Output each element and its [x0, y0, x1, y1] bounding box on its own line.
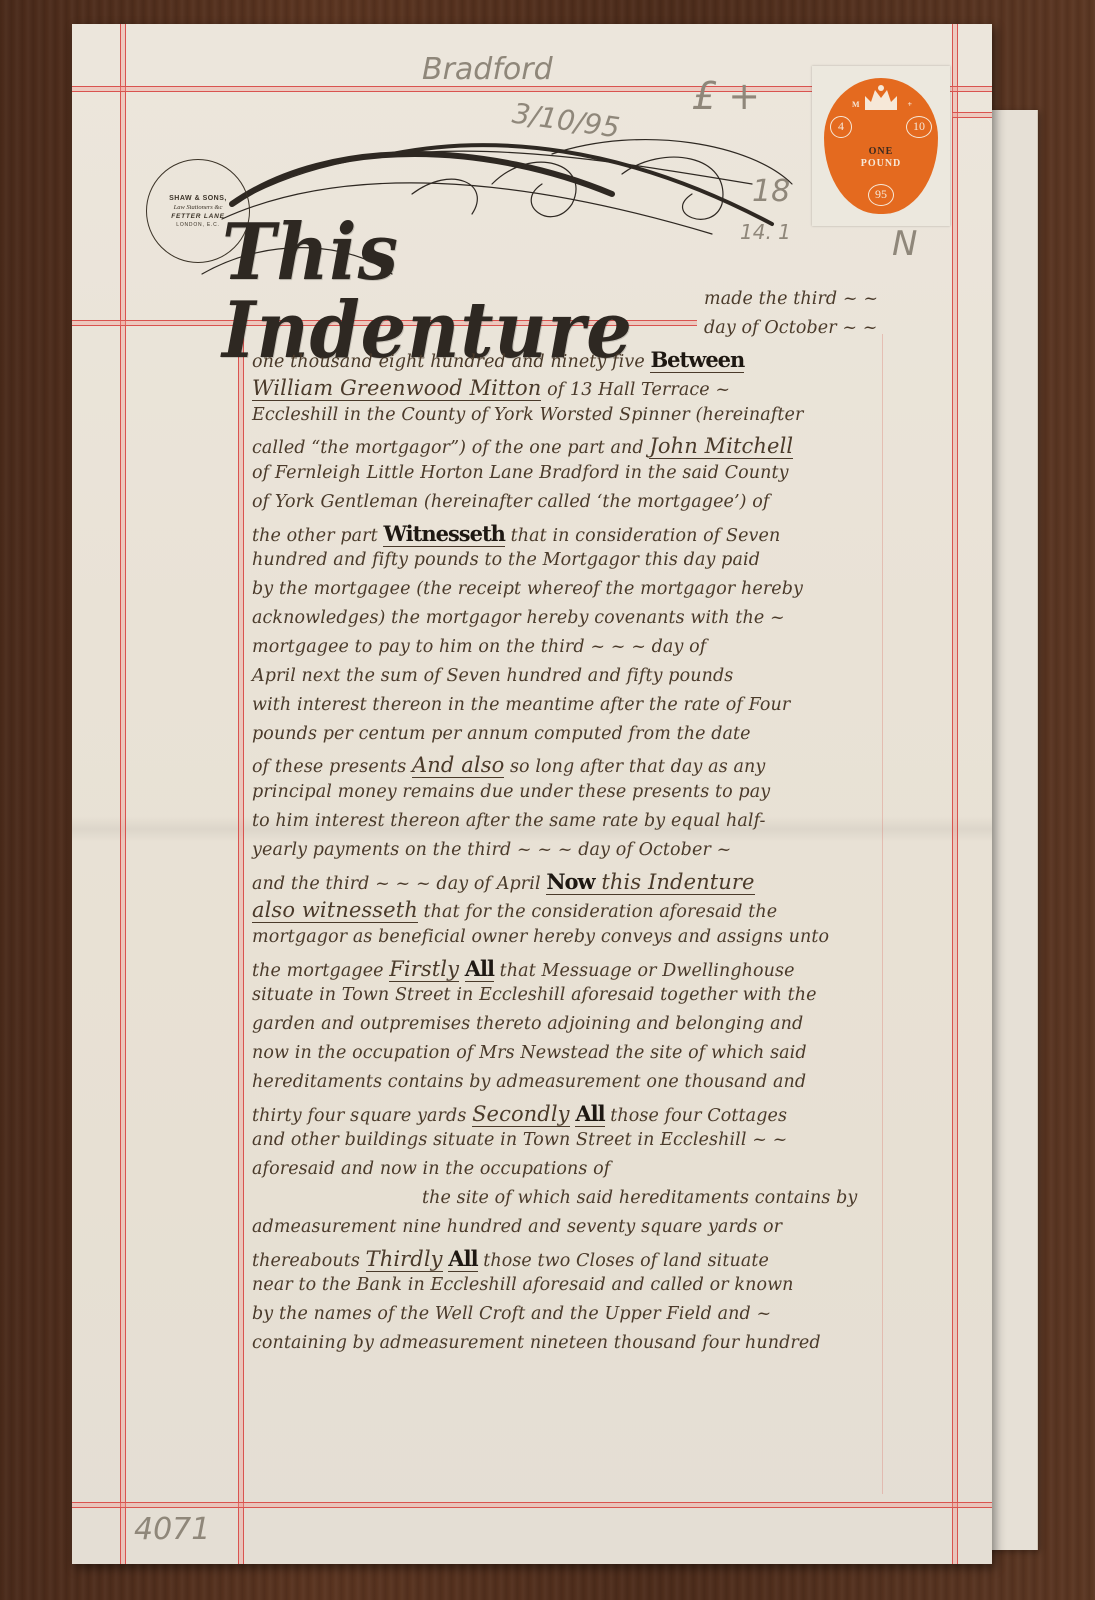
body-line-30: and other buildings situate in Town Stre… [252, 1130, 964, 1150]
revenue-stamp-paper: M + 4 10 ONE POUND 95 [812, 66, 950, 226]
body-line-23: mortgagor as beneficial owner hereby con… [252, 927, 964, 947]
line-text: of these presents [252, 757, 412, 777]
body-line-19: to him interest thereon after the same r… [252, 811, 964, 831]
pencil-note-margin-3: N [892, 224, 917, 264]
line-text: thirty four square yards [252, 1106, 472, 1126]
mortgagee-name: John Mitchell [649, 434, 793, 459]
body-line-24: the mortgagee Firstly All that Messuage … [252, 956, 964, 981]
pencil-note-bottom-number: 4071 [134, 1512, 210, 1547]
pencil-note-place: Bradford [422, 52, 553, 87]
keyword-witnesseth: Witnesseth [383, 521, 505, 547]
body-line-22: also witnesseth that for the considerati… [252, 898, 964, 922]
pencil-note-amount: £ + [692, 74, 760, 118]
bottom-rule [72, 1502, 992, 1508]
body-line-9: the other part Witnesseth that in consid… [252, 521, 964, 546]
body-line-33: admeasurement nine hundred and seventy s… [252, 1217, 964, 1237]
stationer-street: FETTER LANE [171, 213, 225, 220]
body-line-16: pounds per centum per annum computed fro… [252, 724, 964, 744]
line-text: that for the consideration aforesaid the [418, 902, 777, 922]
body-line-13: mortgagee to pay to him on the third ~ ~… [252, 637, 964, 657]
pencil-note-margin-1: 18 [752, 174, 790, 209]
body-line-34: thereabouts Thirdly All those two Closes… [252, 1246, 964, 1271]
body-line-12: acknowledges) the mortgagor hereby coven… [252, 608, 964, 628]
body-line-28: hereditaments contains by admeasurement … [252, 1072, 964, 1092]
indenture-page: SHAW & SONS, Law Stationers &c FETTER LA… [72, 24, 992, 1564]
keyword-and-also: And also [412, 753, 504, 778]
line-text: thereabouts [252, 1251, 366, 1271]
keyword-secondly: Secondly [472, 1102, 570, 1127]
stamp-mark-left: M [852, 100, 860, 109]
body-line-4: William Greenwood Mitton of 13 Hall Terr… [252, 376, 964, 400]
body-line-11: by the mortgagee (the receipt whereof th… [252, 579, 964, 599]
line-text: the other part [252, 526, 383, 546]
body-line-21: and the third ~ ~ ~ day of April Now thi… [252, 869, 964, 894]
body-line-2: day of October ~ ~ [704, 318, 1095, 338]
line-text: those two Closes of land situate [478, 1251, 769, 1271]
body-line-35: near to the Bank in Eccleshill aforesaid… [252, 1275, 964, 1295]
line-text: called “the mortgagor”) of the one part … [252, 438, 649, 458]
left-outer-margin-rule [120, 24, 126, 1564]
stamp-right-value: 10 [906, 116, 932, 138]
keyword-thirdly: Thirdly [366, 1247, 443, 1272]
stamp-year: 95 [868, 184, 894, 206]
stationer-city: LONDON, E.C. [176, 222, 220, 228]
body-line-3: one thousand eight hundred and ninety fi… [252, 347, 964, 372]
stationer-name: SHAW & SONS, [169, 195, 227, 202]
body-line-31: aforesaid and now in the occupations of [252, 1159, 964, 1179]
line-text: this Indenture [595, 870, 755, 895]
top-rule-right [952, 112, 992, 118]
body-line-1: made the third ~ ~ [704, 289, 1095, 309]
body-line-36: by the names of the Well Croft and the U… [252, 1304, 964, 1324]
crown-icon [861, 84, 901, 114]
line-text: of 13 Hall Terrace ~ [541, 380, 730, 400]
line-text: one thousand eight hundred and ninety fi… [252, 352, 650, 372]
stamp-left-value: 4 [830, 116, 852, 138]
keyword-firstly: Firstly [389, 957, 459, 982]
body-line-10: hundred and fifty pounds to the Mortgago… [252, 550, 964, 570]
keyword-now: Now [546, 869, 594, 895]
body-line-5: Eccleshill in the County of York Worsted… [252, 405, 964, 425]
line-text: that Messuage or Dwellinghouse [494, 961, 795, 981]
body-line-6: called “the mortgagor”) of the one part … [252, 434, 964, 458]
keyword-also-witnesseth: also witnesseth [252, 898, 418, 923]
mortgagor-name: William Greenwood Mitton [252, 376, 541, 401]
body-line-29: thirty four square yards Secondly All th… [252, 1101, 964, 1126]
body-line-18: principal money remains due under these … [252, 782, 964, 802]
keyword-all: All [465, 956, 494, 982]
body-line-20: yearly payments on the third ~ ~ ~ day o… [252, 840, 964, 860]
text-margin-rule [238, 326, 244, 1564]
line-text: so long after that day as any [504, 757, 765, 777]
line-text: those four Cottages [605, 1106, 787, 1126]
line-text: the mortgagee [252, 961, 389, 981]
keyword-all: All [448, 1246, 477, 1272]
one-pound-revenue-stamp: M + 4 10 ONE POUND 95 [824, 78, 938, 214]
body-line-25: situate in Town Street in Eccleshill afo… [252, 985, 964, 1005]
stamp-mark-right: + [907, 100, 912, 109]
keyword-all: All [575, 1101, 604, 1127]
body-line-26: garden and outpremises thereto adjoining… [252, 1014, 964, 1034]
body-line-15: with interest thereon in the meantime af… [252, 695, 964, 715]
pencil-note-margin-2: 14. 1 [740, 220, 791, 244]
stamp-value-line2: POUND [824, 158, 938, 169]
body-line-8: of York Gentleman (hereinafter called ‘t… [252, 492, 964, 512]
body-line-17: of these presents And also so long after… [252, 753, 964, 777]
body-line-14: April next the sum of Seven hundred and … [252, 666, 964, 686]
body-line-32: the site of which said hereditaments con… [422, 1188, 1095, 1208]
body-line-7: of Fernleigh Little Horton Lane Bradford… [252, 463, 964, 483]
line-text: that in consideration of Seven [505, 526, 780, 546]
line-text: and the third ~ ~ ~ day of April [252, 874, 546, 894]
stationer-trade: Law Stationers &c [174, 204, 223, 211]
keyword-between: Between [650, 347, 744, 373]
body-line-27: now in the occupation of Mrs Newstead th… [252, 1043, 964, 1063]
stamp-value-line1: ONE [824, 146, 938, 157]
body-line-37: containing by admeasurement nineteen tho… [252, 1333, 964, 1353]
